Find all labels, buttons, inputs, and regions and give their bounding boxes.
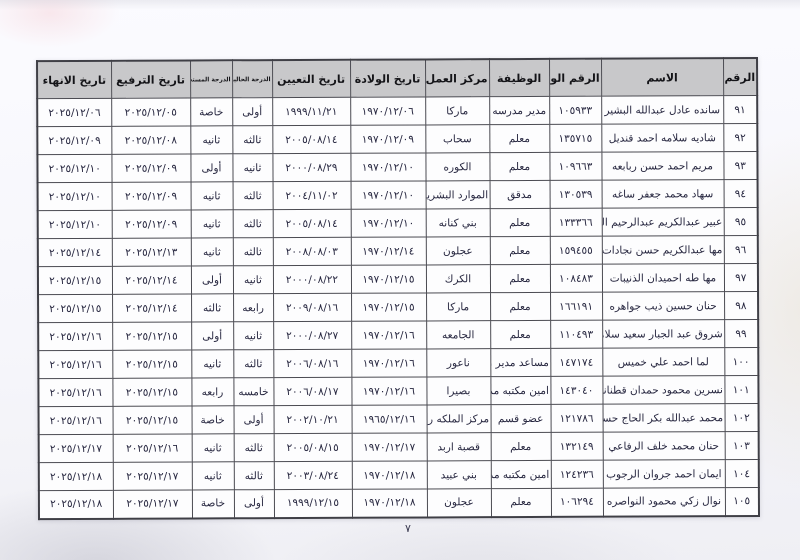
cell-promotion_date: ٢٠٢٥/١٢/١٥ (112, 378, 191, 406)
cell-ministry_no: ١٠٨٤٨٣ (550, 264, 602, 292)
table-header-row: الرقمالاسمالرقم الوزاريالوظيفةمركز العمل… (37, 58, 757, 99)
table-row: ١٠٤ايمان احمد جروان الرجوب١٢٤٢٣٦امين مكت… (39, 460, 759, 491)
column-header-job: الوظيفة (489, 59, 549, 97)
cell-job: امين مكتبه مدرسه (491, 460, 551, 488)
cell-name: مريم احمد حسن ربابعه (601, 152, 723, 181)
cell-grade_due: ثانيه (192, 434, 234, 462)
cell-num: ٩٨ (724, 292, 758, 320)
cell-num: ٩٦ (724, 236, 758, 264)
column-header-grade_current: الدرجة الحالية (232, 60, 272, 98)
cell-grade_due: ثانيه (192, 462, 234, 490)
table-row: ٩٧مها طه احميدان الذنيبات١٠٨٤٨٣معلمالكرك… (38, 264, 758, 295)
cell-job: معلم (490, 292, 550, 320)
cell-num: ٩١ (723, 96, 757, 124)
cell-end_date: ٢٠٢٥/١٢/٠٦ (37, 98, 111, 126)
cell-job: امين مكتبه مدرسه (490, 376, 550, 404)
cell-ministry_no: ١٣٥٧١٥ (549, 124, 601, 152)
cell-grade_current: ثالثه (232, 126, 272, 154)
column-header-promotion_date: تاريخ الترفيع (111, 60, 190, 98)
cell-name: شروق عبد الجبار سعيد سلامه (602, 320, 724, 349)
cell-num: ١٠٥ (725, 488, 759, 516)
cell-center: ماركا (426, 293, 490, 321)
cell-name: سانده عادل عبدالله البشير (601, 96, 723, 125)
cell-promotion_date: ٢٠٢٥/١٢/٠٥ (111, 98, 190, 126)
cell-job: معلم (490, 320, 550, 348)
column-header-name: الاسم (601, 58, 723, 96)
column-header-hire_date: تاريخ التعيين (272, 60, 350, 98)
cell-num: ٩٧ (724, 264, 758, 292)
cell-birth_date: ١٩٧٠/١٢/١٤ (351, 237, 426, 265)
cell-job: مدقق (490, 180, 550, 208)
cell-birth_date: ١٩٧٠/١٢/١٦ (351, 349, 426, 377)
table-row: ١٠٠لما احمد علي خميس١٤٧١٧٤مساعد مدير مدر… (38, 348, 758, 379)
cell-end_date: ٢٠٢٥/١٢/١٦ (38, 350, 112, 378)
cell-name: نسرين محمود حمدان قطناني (602, 376, 724, 405)
table-row: ٩١سانده عادل عبدالله البشير١٠٥٩٣٣مدير مد… (37, 96, 757, 127)
cell-ministry_no: ١٠٦٢٩٤ (551, 488, 603, 516)
table-row: ٩٣مريم احمد حسن ربابعه١٠٩٦٦٣معلمالكوره١٩… (37, 152, 757, 183)
cell-grade_current: ثالثه (233, 238, 273, 266)
cell-end_date: ٢٠٢٥/١٢/١٠ (38, 210, 112, 238)
cell-center: بصيرا (426, 377, 490, 405)
cell-grade_current: ثالثه (233, 182, 273, 210)
cell-grade_current: ثانيه (233, 266, 273, 294)
cell-ministry_no: ١٤٣٠٤٠ (550, 376, 602, 404)
cell-grade_current: ثالثه (233, 350, 273, 378)
cell-birth_date: ١٩٧٠/١٢/١٠ (350, 153, 425, 181)
cell-promotion_date: ٢٠٢٥/١٢/١٦ (113, 434, 192, 462)
cell-grade_current: ثالثه (234, 434, 274, 462)
cell-name: حنان محمد خلف الرفاعي (603, 432, 725, 461)
cell-birth_date: ١٩٧٠/١٢/١٦ (351, 321, 426, 349)
cell-hire_date: ٢٠٠٦/٠٨/١٧ (273, 377, 351, 405)
cell-job: معلم (489, 124, 549, 152)
cell-grade_due: خاصة (192, 490, 234, 518)
cell-grade_due: أولى (190, 154, 232, 182)
cell-ministry_no: ١٤٧١٧٤ (550, 348, 602, 376)
cell-end_date: ٢٠٢٥/١٢/١٦ (39, 406, 113, 434)
cell-hire_date: ٢٠٠٥/٠٨/١٤ (272, 125, 350, 153)
cell-birth_date: ١٩٦٥/١٢/١٦ (352, 405, 427, 433)
table-row: ٩٢شاديه سلامه احمد قنديل١٣٥٧١٥معلمسحاب١٩… (37, 124, 757, 155)
cell-promotion_date: ٢٠٢٥/١٢/١٥ (112, 350, 191, 378)
cell-hire_date: ٢٠٠٥/٠٨/١٥ (274, 433, 352, 461)
cell-hire_date: ٢٠٠٢/١٠/٢١ (274, 405, 352, 433)
cell-end_date: ٢٠٢٥/١٢/١٦ (38, 378, 112, 406)
cell-grade_due: أولى (191, 322, 233, 350)
table-row: ٩٥عبير عبدالكريم عبدالرحيم العزام١٣٣٣٦٦م… (38, 208, 758, 239)
cell-promotion_date: ٢٠٢٥/١٢/٠٩ (111, 154, 190, 182)
cell-job: عضو قسم (491, 404, 551, 432)
cell-ministry_no: ١٣٢١٤٩ (551, 432, 603, 460)
cell-job: معلم (491, 488, 551, 516)
cell-grade_current: أولى (232, 98, 272, 126)
table-row: ١٠٢محمد عبدالله بكر الحاج حسين١٢١٧٨٦عضو … (39, 404, 759, 435)
cell-grade_due: خاصة (190, 98, 232, 126)
table-row: ٩٨حنان حسين ذيب جواهره١٦٦١٩١معلمماركا١٩٧… (38, 292, 758, 323)
cell-hire_date: ٢٠٠٨/٠٨/٠٣ (273, 237, 351, 265)
cell-birth_date: ١٩٧٠/١٢/١٨ (352, 489, 427, 517)
cell-job: معلم (490, 236, 550, 264)
cell-grade_due: ثانيه (191, 210, 233, 238)
cell-num: ٩٥ (724, 208, 758, 236)
scan-shadow-top-edge (0, 0, 800, 10)
cell-grade_due: ثانيه (191, 238, 233, 266)
table-body: ٩١سانده عادل عبدالله البشير١٠٥٩٣٣مدير مد… (37, 96, 759, 519)
cell-end_date: ٢٠٢٥/١٢/١٦ (38, 322, 112, 350)
table-row: ٩٤سهاد محمد جعفر ساغه١٣٠٥٣٩مدققالموارد ا… (38, 180, 758, 211)
cell-hire_date: ٢٠٠٤/١١/٠٢ (273, 181, 351, 209)
cell-promotion_date: ٢٠٢٥/١٢/١٥ (113, 406, 192, 434)
cell-grade_current: ثالثه (234, 462, 274, 490)
page-number: ٧ (398, 522, 418, 535)
cell-num: ١٠٣ (725, 432, 759, 460)
cell-num: ٩٢ (723, 124, 757, 152)
cell-end_date: ٢٠٢٥/١٢/١٨ (39, 490, 113, 518)
cell-ministry_no: ١٢٤٢٣٦ (551, 460, 603, 488)
cell-num: ١٠١ (724, 376, 758, 404)
table-header: الرقمالاسمالرقم الوزاريالوظيفةمركز العمل… (37, 58, 757, 99)
cell-hire_date: ١٩٩٩/١١/٢١ (272, 97, 350, 125)
cell-grade_current: أولى (234, 406, 274, 434)
cell-ministry_no: ١٣٣٣٦٦ (550, 208, 602, 236)
column-header-birth_date: تاريخ الولادة (350, 59, 425, 97)
cell-name: شاديه سلامه احمد قنديل (601, 124, 723, 153)
cell-end_date: ٢٠٢٥/١٢/١٨ (39, 462, 113, 490)
cell-grade_current: أولى (234, 490, 274, 518)
cell-name: عبير عبدالكريم عبدالرحيم العزام (602, 208, 724, 237)
cell-end_date: ٢٠٢٥/١٢/١٤ (38, 238, 112, 266)
cell-birth_date: ١٩٧٠/١٢/١٨ (352, 461, 427, 489)
cell-hire_date: ٢٠٠٥/٠٨/١٤ (273, 209, 351, 237)
cell-grade_current: ثانيه (232, 154, 272, 182)
cell-grade_current: ثانيه (233, 322, 273, 350)
cell-promotion_date: ٢٠٢٥/١٢/٠٩ (112, 210, 191, 238)
cell-hire_date: ١٩٩٩/١٢/١٥ (274, 489, 352, 517)
cell-center: مركز الملكه رانيا (427, 405, 491, 433)
cell-birth_date: ١٩٧٠/١٢/١٥ (351, 265, 426, 293)
cell-name: محمد عبدالله بكر الحاج حسين (603, 404, 725, 433)
cell-job: معلم (491, 432, 551, 460)
cell-center: ناعور (426, 349, 490, 377)
cell-center: الموارد البشرية (426, 181, 490, 209)
column-header-center: مركز العمل (425, 59, 489, 97)
column-header-end_date: تاريخ الانهاء (37, 61, 111, 99)
cell-num: ٩٩ (724, 320, 758, 348)
column-header-num: الرقم (723, 58, 757, 96)
cell-job: معلم (489, 152, 549, 180)
cell-birth_date: ١٩٧٠/١٢/٠٩ (350, 125, 425, 153)
cell-grade_due: رابعه (191, 378, 233, 406)
cell-promotion_date: ٢٠٢٥/١٢/١٤ (112, 266, 191, 294)
cell-center: الكوره (425, 153, 489, 181)
cell-job: مساعد مدير مدرسه (490, 348, 550, 376)
cell-end_date: ٢٠٢٥/١٢/١٠ (37, 154, 111, 182)
table-row: ٩٦مها عبدالكريم حسن نجادات١٥٩٤٥٥معلمعجلو… (38, 236, 758, 267)
cell-promotion_date: ٢٠٢٥/١٢/١٥ (112, 322, 191, 350)
cell-ministry_no: ١٢١٧٨٦ (551, 404, 603, 432)
cell-ministry_no: ١٦٦١٩١ (550, 292, 602, 320)
cell-center: بني كنانه (426, 209, 490, 237)
table-row: ١٠٥نوال زكي محمود النواصره١٠٦٢٩٤معلمعجلو… (39, 488, 759, 519)
cell-promotion_date: ٢٠٢٥/١٢/٠٨ (111, 126, 190, 154)
cell-end_date: ٢٠٢٥/١٢/١٧ (39, 434, 113, 462)
employee-promotions-table: الرقمالاسمالرقم الوزاريالوظيفةمركز العمل… (36, 57, 760, 520)
cell-name: لما احمد علي خميس (602, 348, 724, 377)
cell-name: ايمان احمد جروان الرجوب (603, 460, 725, 489)
column-header-ministry_no: الرقم الوزاري (549, 59, 601, 97)
scan-smudge-top-left (0, 0, 120, 48)
cell-name: سهاد محمد جعفر ساغه (602, 180, 724, 209)
cell-num: ١٠٢ (725, 404, 759, 432)
cell-hire_date: ٢٠٠٠/٠٨/٢٩ (272, 153, 350, 181)
cell-grade_due: ثانيه (190, 126, 232, 154)
cell-ministry_no: ١١٠٤٩٣ (550, 320, 602, 348)
cell-birth_date: ١٩٧٠/١٢/٠٦ (350, 97, 425, 125)
cell-grade_due: ثالثه (191, 294, 233, 322)
cell-num: ٩٤ (724, 180, 758, 208)
cell-end_date: ٢٠٢٥/١٢/١٥ (38, 266, 112, 294)
cell-promotion_date: ٢٠٢٥/١٢/١٤ (112, 294, 191, 322)
cell-birth_date: ١٩٧٠/١٢/١٠ (351, 181, 426, 209)
cell-end_date: ٢٠٢٥/١٢/١٥ (38, 294, 112, 322)
cell-name: نوال زكي محمود النواصره (603, 488, 725, 517)
cell-grade_due: أولى (191, 266, 233, 294)
cell-name: مها عبدالكريم حسن نجادات (602, 236, 724, 265)
cell-grade_current: ثالثه (233, 210, 273, 238)
cell-center: الجامعه (426, 321, 490, 349)
cell-job: مدير مدرسه (489, 96, 549, 124)
column-header-grade_due: الدرجة المستحقة (190, 60, 232, 98)
cell-center: الكرك (426, 265, 490, 293)
cell-end_date: ٢٠٢٥/١٢/١٠ (38, 182, 112, 210)
cell-ministry_no: ١٥٩٤٥٥ (550, 236, 602, 264)
cell-job: معلم (490, 264, 550, 292)
cell-center: سحاب (425, 125, 489, 153)
cell-ministry_no: ١٣٠٥٣٩ (550, 180, 602, 208)
cell-job: معلم (490, 208, 550, 236)
cell-grade_due: ثانيه (191, 350, 233, 378)
cell-birth_date: ١٩٧٠/١٢/١٠ (351, 209, 426, 237)
cell-grade_current: خامسه (233, 378, 273, 406)
cell-ministry_no: ١٠٥٩٣٣ (549, 96, 601, 124)
cell-center: قصبة اربد (427, 433, 491, 461)
cell-hire_date: ٢٠٠٠/٠٨/٢٢ (273, 265, 351, 293)
table-row: ١٠٣حنان محمد خلف الرفاعي١٣٢١٤٩معلمقصبة ا… (39, 432, 759, 463)
cell-name: حنان حسين ذيب جواهره (602, 292, 724, 321)
cell-grade_due: خاصة (192, 406, 234, 434)
cell-end_date: ٢٠٢٥/١٢/٠٩ (37, 126, 111, 154)
cell-birth_date: ١٩٧٠/١٢/١٥ (351, 293, 426, 321)
cell-hire_date: ٢٠٠٦/٠٨/١٦ (273, 349, 351, 377)
table-row: ٩٩شروق عبد الجبار سعيد سلامه١١٠٤٩٣معلمال… (38, 320, 758, 351)
cell-grade_due: ثانيه (191, 182, 233, 210)
promotions-table-wrapper: الرقمالاسمالرقم الوزاريالوظيفةمركز العمل… (37, 57, 760, 520)
cell-num: ٩٣ (723, 152, 757, 180)
cell-birth_date: ١٩٧٠/١٢/١٦ (351, 377, 426, 405)
scanned-document-page: { "page": { "page_number": "٧" }, "table… (0, 0, 800, 560)
cell-center: عجلون (426, 237, 490, 265)
cell-hire_date: ٢٠٠٣/٠٨/٢٤ (274, 461, 352, 489)
cell-hire_date: ٢٠٠٠/٠٨/٢٧ (273, 321, 351, 349)
cell-promotion_date: ٢٠٢٥/١٢/١٧ (113, 462, 192, 490)
cell-promotion_date: ٢٠٢٥/١٢/١٧ (113, 490, 192, 518)
cell-center: عجلون (427, 489, 491, 517)
cell-center: بني عبيد (427, 461, 491, 489)
cell-center: ماركا (425, 97, 489, 125)
cell-num: ١٠٤ (725, 460, 759, 488)
cell-name: مها طه احميدان الذنيبات (602, 264, 724, 293)
cell-promotion_date: ٢٠٢٥/١٢/١٣ (112, 238, 191, 266)
cell-promotion_date: ٢٠٢٥/١٢/٠٩ (112, 182, 191, 210)
cell-grade_current: رابعه (233, 294, 273, 322)
cell-num: ١٠٠ (724, 348, 758, 376)
cell-ministry_no: ١٠٩٦٦٣ (549, 152, 601, 180)
cell-hire_date: ٢٠٠٩/٠٨/١٦ (273, 293, 351, 321)
table-row: ١٠١نسرين محمود حمدان قطناني١٤٣٠٤٠امين مك… (38, 376, 758, 407)
cell-birth_date: ١٩٧٠/١٢/١٧ (352, 433, 427, 461)
